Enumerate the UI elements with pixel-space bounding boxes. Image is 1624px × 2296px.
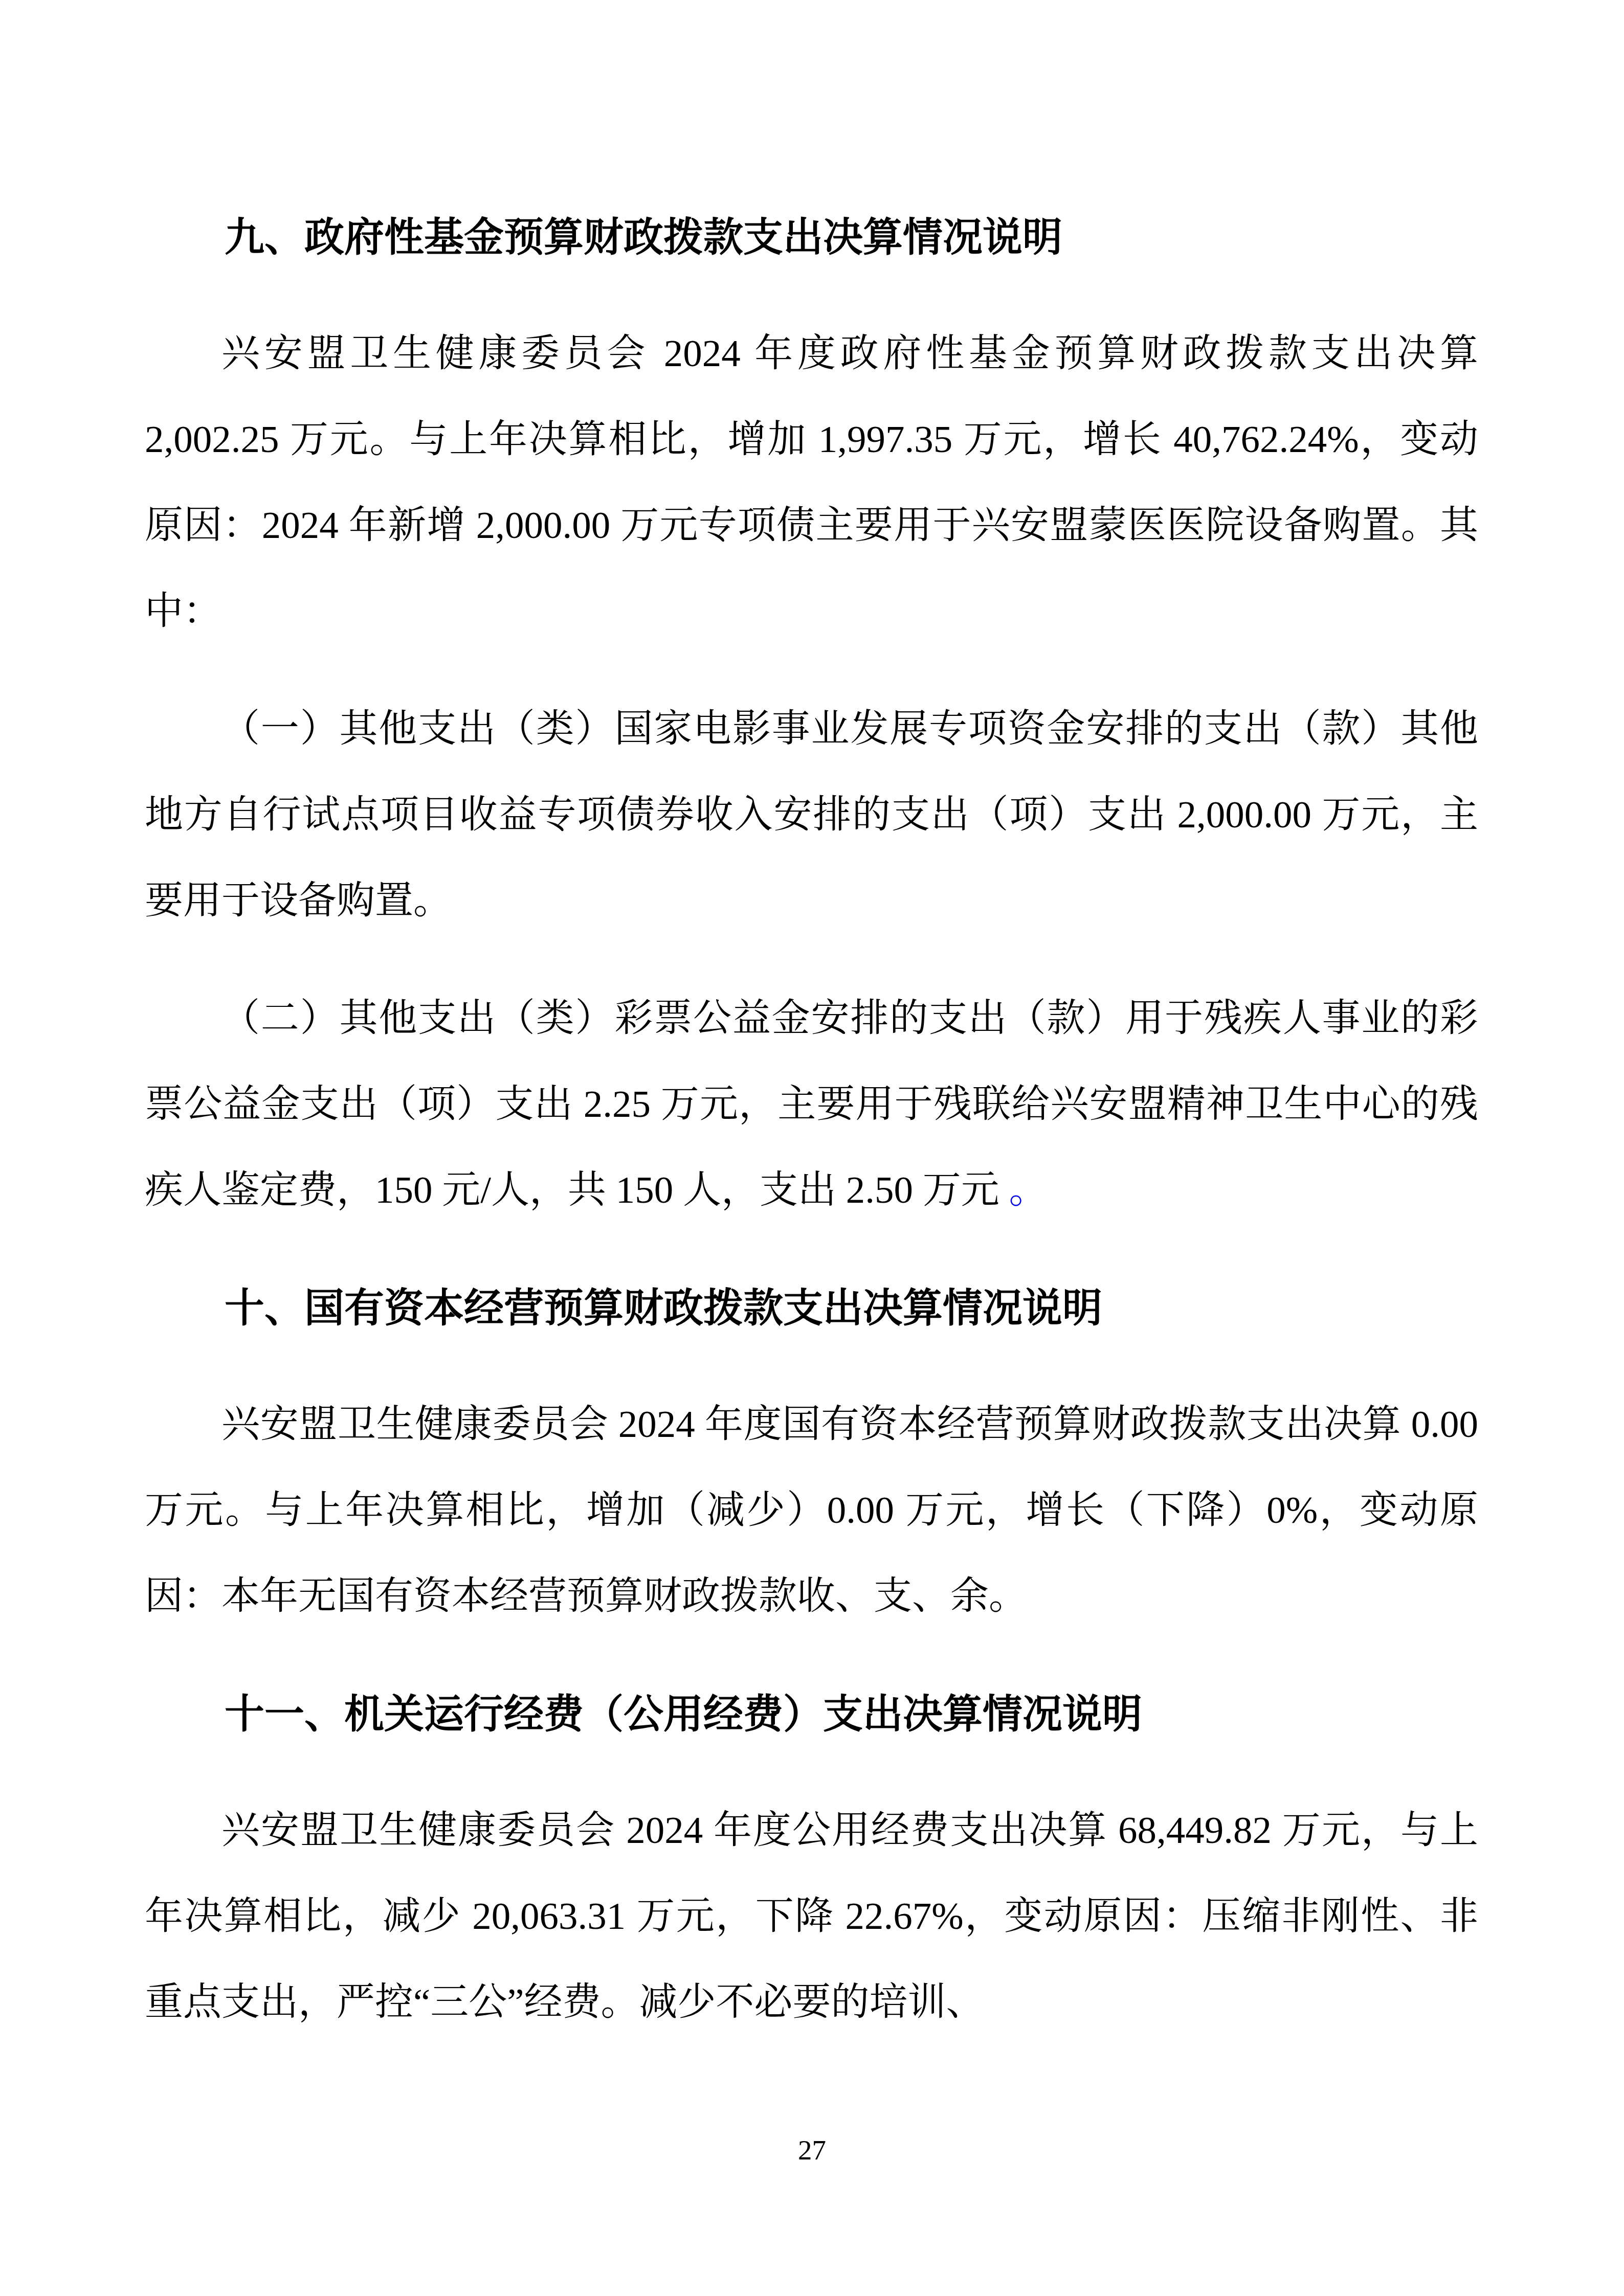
- section-9-heading: 九、政府性基金预算财政拨款支出决算情况说明: [145, 194, 1478, 280]
- section-11-heading: 十一、机关运行经费（公用经费）支出决算情况说明: [145, 1671, 1478, 1757]
- document-page: 九、政府性基金预算财政拨款支出决算情况说明 兴安盟卫生健康委员会 2024 年度…: [0, 0, 1624, 2296]
- section-10-summary-paragraph: 兴安盟卫生健康委员会 2024 年度国有资本经营预算财政拨款支出决算 0.00 …: [145, 1382, 1478, 1639]
- page-number: 27: [0, 2135, 1624, 2166]
- section-9-item-2-text: （二）其他支出（类）彩票公益金安排的支出（款）用于残疾人事业的彩票公益金支出（项…: [145, 997, 1478, 1211]
- section-11-summary-paragraph: 兴安盟卫生健康委员会 2024 年度公用经费支出决算 68,449.82 万元，…: [145, 1788, 1478, 2045]
- section-9-summary-paragraph: 兴安盟卫生健康委员会 2024 年度政府性基金预算财政拨款支出决算 2,002.…: [145, 311, 1478, 655]
- section-9-item-1-paragraph: （一）其他支出（类）国家电影事业发展专项资金安排的支出（款）其他地方自行试点项目…: [145, 686, 1478, 944]
- section-9-item-2-blue-period: 。: [999, 1169, 1048, 1211]
- section-9-item-2-paragraph: （二）其他支出（类）彩票公益金安排的支出（款）用于残疾人事业的彩票公益金支出（项…: [145, 976, 1478, 1233]
- section-10-heading: 十、国有资本经营预算财政拨款支出决算情况说明: [145, 1265, 1478, 1351]
